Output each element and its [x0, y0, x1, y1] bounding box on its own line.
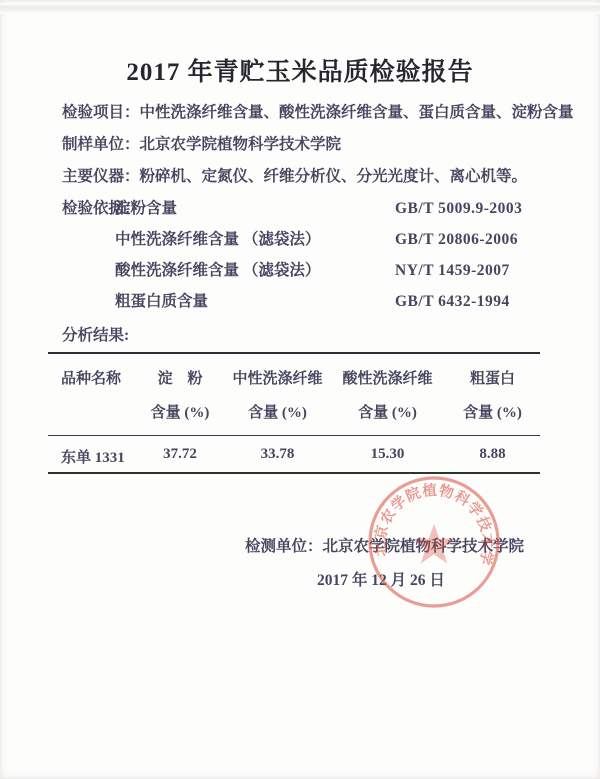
basis-standard: GB/T 6432-1994 [395, 293, 600, 324]
basis-item: 粗蛋白质含量 [115, 293, 395, 324]
scanned-report-page: 2017 年青贮玉米品质检验报告 检验项目：中性洗涤纤维含量、酸性洗涤纤维含量、… [0, 0, 600, 779]
basis-row: 粗蛋白质含量 GB/T 6432-1994 [62, 293, 600, 324]
col-header-adf: 酸性洗涤纤维 [330, 353, 445, 388]
table-header-row-2: 含量 (%) 含量 (%) 含量 (%) 含量 (%) [48, 388, 540, 436]
instruments-label: 主要仪器： [62, 168, 140, 185]
report-title: 2017 年青贮玉米品质检验报告 [20, 58, 580, 88]
col-subheader-cp-pct: 含量 (%) [445, 388, 540, 436]
sampling-unit-line: 制样单位：北京农学院植物科学技术学院 [62, 136, 600, 153]
table-header-row-1: 品种名称 淀 粉 中性洗涤纤维 酸性洗涤纤维 粗蛋白 [48, 353, 540, 388]
basis-standard: GB/T 5009.9-2003 [395, 200, 600, 231]
col-header-ndf: 中性洗涤纤维 [225, 353, 330, 388]
basis-standard: GB/T 20806-2006 [395, 231, 600, 262]
col-subheader-ndf-pct: 含量 (%) [225, 388, 330, 436]
basis-row: 中性洗涤纤维含量 （滤袋法） GB/T 20806-2006 [62, 231, 600, 262]
inspection-basis-section: 检验依据： 淀粉含量 GB/T 5009.9-2003 中性洗涤纤维含量 （滤袋… [62, 200, 600, 324]
variety-name-cell: 东单 1331 [48, 436, 135, 474]
report-info-section: 检验项目：中性洗涤纤维含量、酸性洗涤纤维含量、蛋白质含量、淀粉含量 制样单位：北… [62, 104, 600, 185]
starch-value-cell: 37.72 [135, 436, 225, 474]
basis-standard: NY/T 1459-2007 [395, 262, 600, 293]
col-header-variety: 品种名称 [48, 353, 135, 388]
sampling-unit-value: 北京农学院植物科学技术学院 [140, 136, 342, 153]
col-subheader-starch-pct: 含量 (%) [135, 388, 225, 436]
inspection-items-line: 检验项目：中性洗涤纤维含量、酸性洗涤纤维含量、蛋白质含量、淀粉含量 [62, 104, 600, 121]
analysis-results-label: 分析结果: [62, 327, 600, 344]
adf-value-cell: 15.30 [330, 436, 445, 474]
basis-item: 酸性洗涤纤维含量 （滤袋法） [115, 262, 395, 293]
testing-unit-value: 北京农学院植物科学技术学院 [323, 538, 525, 555]
sampling-unit-label: 制样单位： [62, 136, 140, 153]
testing-unit-label: 检测单位： [245, 538, 323, 555]
cp-value-cell: 8.88 [445, 436, 540, 474]
scan-edge-shadow [0, 3, 600, 14]
basis-row: 酸性洗涤纤维含量 （滤袋法） NY/T 1459-2007 [62, 262, 600, 293]
inspection-items-label: 检验项目： [62, 104, 140, 121]
instruments-line: 主要仪器：粉碎机、定氮仪、纤维分析仪、分光光度计、离心机等。 [62, 168, 600, 185]
basis-item: 中性洗涤纤维含量 （滤袋法） [115, 231, 395, 262]
basis-label: 检验依据： [62, 200, 115, 231]
table-row: 东单 1331 37.72 33.78 15.30 8.88 [48, 436, 540, 474]
testing-unit-line: 检测单位：北京农学院植物科学技术学院 [245, 538, 600, 555]
results-table: 品种名称 淀 粉 中性洗涤纤维 酸性洗涤纤维 粗蛋白 含量 (%) 含量 (%)… [48, 352, 540, 474]
col-subheader-adf-pct: 含量 (%) [330, 388, 445, 436]
report-date: 2017 年 12 月 26 日 [317, 572, 600, 589]
basis-item: 淀粉含量 [115, 200, 395, 231]
ndf-value-cell: 33.78 [225, 436, 330, 474]
col-header-starch: 淀 粉 [135, 353, 225, 388]
inspection-items-value: 中性洗涤纤维含量、酸性洗涤纤维含量、蛋白质含量、淀粉含量 [140, 104, 574, 121]
col-header-crude-protein: 粗蛋白 [445, 353, 540, 388]
instruments-value: 粉碎机、定氮仪、纤维分析仪、分光光度计、离心机等。 [140, 168, 528, 185]
basis-row: 检验依据： 淀粉含量 GB/T 5009.9-2003 [62, 200, 600, 231]
